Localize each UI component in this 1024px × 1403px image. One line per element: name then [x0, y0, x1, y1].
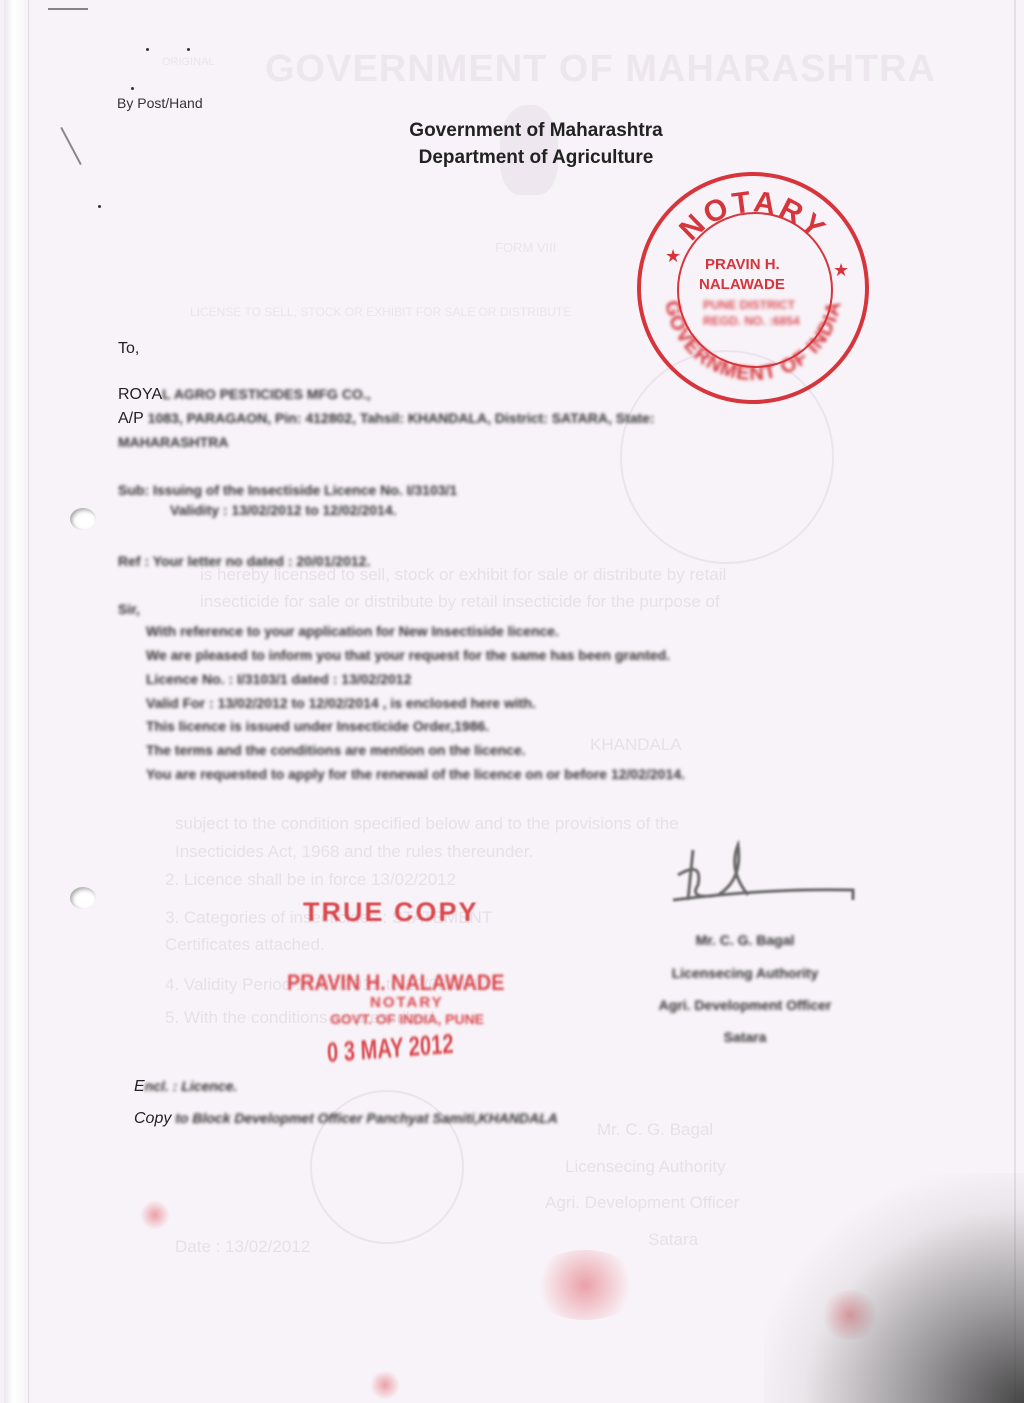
ink-smudge	[140, 1200, 170, 1230]
speck	[146, 48, 149, 51]
ghost-sig: Licensecing Authority	[565, 1157, 726, 1177]
ink-smudge	[530, 1250, 640, 1320]
punch-hole	[70, 887, 96, 909]
body-line: You are requested to apply for the renew…	[146, 766, 685, 782]
scan-shadow-corner	[764, 1173, 1024, 1403]
speck	[98, 205, 101, 208]
copy-visible: Copy	[134, 1110, 171, 1127]
ghost-sig: Satara	[648, 1230, 698, 1250]
recipient-address-visible: A/P	[118, 410, 144, 427]
seal-district: PUNE DISTRICT	[703, 298, 795, 312]
svg-text:NOTARY: NOTARY	[673, 185, 833, 247]
ghost-sig: Agri. Development Officer	[545, 1193, 739, 1213]
signatory-place: Satara	[615, 1029, 875, 1045]
scanner-binding-edge	[4, 0, 29, 1403]
recipient-name-visible: ROYA	[118, 386, 162, 403]
body-line: Valid For : 13/02/2012 to 12/02/2014 , i…	[146, 695, 536, 711]
star-icon: ★	[665, 246, 681, 266]
speck	[131, 87, 134, 90]
body-line: With reference to your application for N…	[146, 623, 559, 639]
true-copy-role: NOTARY	[370, 994, 444, 1011]
ghost-original-label: ORIGINAL	[162, 56, 215, 68]
ghost-title: GOVERNMENT OF MAHARASHTRA	[265, 48, 936, 91]
ghost-para: subject to the condition specified below…	[175, 814, 679, 834]
seal-name-2: NALAWADE	[699, 276, 785, 293]
enclosure-line: Encl. : Licence.	[134, 1078, 237, 1096]
enclosure-blurred: ncl. : Licence.	[145, 1078, 238, 1094]
recipient-address: A/P 1083, PARAGAON, Pin: 412802, Tahsil:…	[118, 410, 655, 428]
header-department: Department of Agriculture	[0, 147, 1024, 169]
enclosure-visible: E	[134, 1078, 145, 1095]
ghost-para: 2. Licence shall be in force 13/02/2012	[165, 870, 456, 890]
seal-top-arc: NOTARY	[673, 185, 833, 247]
recipient-name-blurred: L AGRO PESTICIDES MFG CO.,	[162, 386, 370, 402]
notary-seal: NOTARY GOVERNMENT OF INDIA ★ ★ PRAVIN H.…	[637, 172, 869, 404]
ghost-khandala: KHANDALA	[590, 735, 682, 755]
ghost-para: insecticide for sale or distribute by re…	[200, 592, 720, 612]
body-line: We are pleased to inform you that your r…	[146, 647, 670, 663]
copy-blurred: to Block Developmet Officer Panchyat Sam…	[171, 1110, 557, 1126]
star-icon: ★	[833, 260, 849, 280]
greeting: Sir,	[118, 601, 140, 617]
ghost-sig: Mr. C. G. Bagal	[597, 1120, 713, 1140]
ghost-date: Date : 13/02/2012	[175, 1237, 310, 1257]
subject-line: Sub: Issuing of the Insectiside Licence …	[118, 482, 457, 498]
body-line: This licence is issued under Insecticide…	[146, 718, 489, 734]
scan-mark	[48, 8, 88, 10]
true-copy-heading: TRUE COPY	[303, 897, 479, 928]
delivery-mode: By Post/Hand	[117, 95, 203, 111]
recipient-address-blurred: 1083, PARAGAON, Pin: 412802, Tahsil: KHA…	[144, 410, 655, 426]
true-copy-name: PRAVIN H. NALAWADE	[287, 970, 504, 996]
true-copy-authority: GOVT. OF INDIA, PUNE	[330, 1011, 484, 1027]
seal-regd-no: REGD. NO. :6854	[703, 314, 800, 328]
body-line: Licence No. : I/3103/1 dated : 13/02/201…	[146, 671, 411, 687]
salutation-to: To,	[118, 340, 139, 358]
recipient-state: MAHARASHTRA	[118, 434, 228, 450]
seal-name-1: PRAVIN H.	[705, 256, 780, 273]
speck	[187, 48, 190, 51]
signatory-designation: Agri. Development Officer	[615, 997, 875, 1013]
signature-icon	[648, 840, 858, 920]
copy-to-line: Copy to Block Developmet Officer Panchya…	[134, 1110, 558, 1128]
signatory-name: Mr. C. G. Bagal	[615, 932, 875, 948]
ghost-license-heading: LICENSE TO SELL, STOCK OR EXHIBIT FOR SA…	[190, 305, 571, 319]
subject-validity: Validity : 13/02/2012 to 12/02/2014.	[170, 502, 396, 518]
reference-line: Ref : Your letter no dated : 20/01/2012.	[118, 553, 370, 569]
ghost-para: Insecticides Act, 1968 and the rules the…	[175, 842, 533, 862]
recipient-name: ROYAL AGRO PESTICIDES MFG CO.,	[118, 386, 371, 404]
ghost-para: Certificates attached.	[165, 935, 325, 955]
ink-smudge	[370, 1370, 400, 1400]
ghost-form: FORM VIII	[495, 240, 556, 255]
header-government: Government of Maharashtra	[0, 120, 1024, 142]
body-line: The terms and the conditions are mention…	[146, 742, 526, 758]
punch-hole	[70, 508, 96, 530]
signatory-title: Licensecing Authority	[615, 965, 875, 981]
